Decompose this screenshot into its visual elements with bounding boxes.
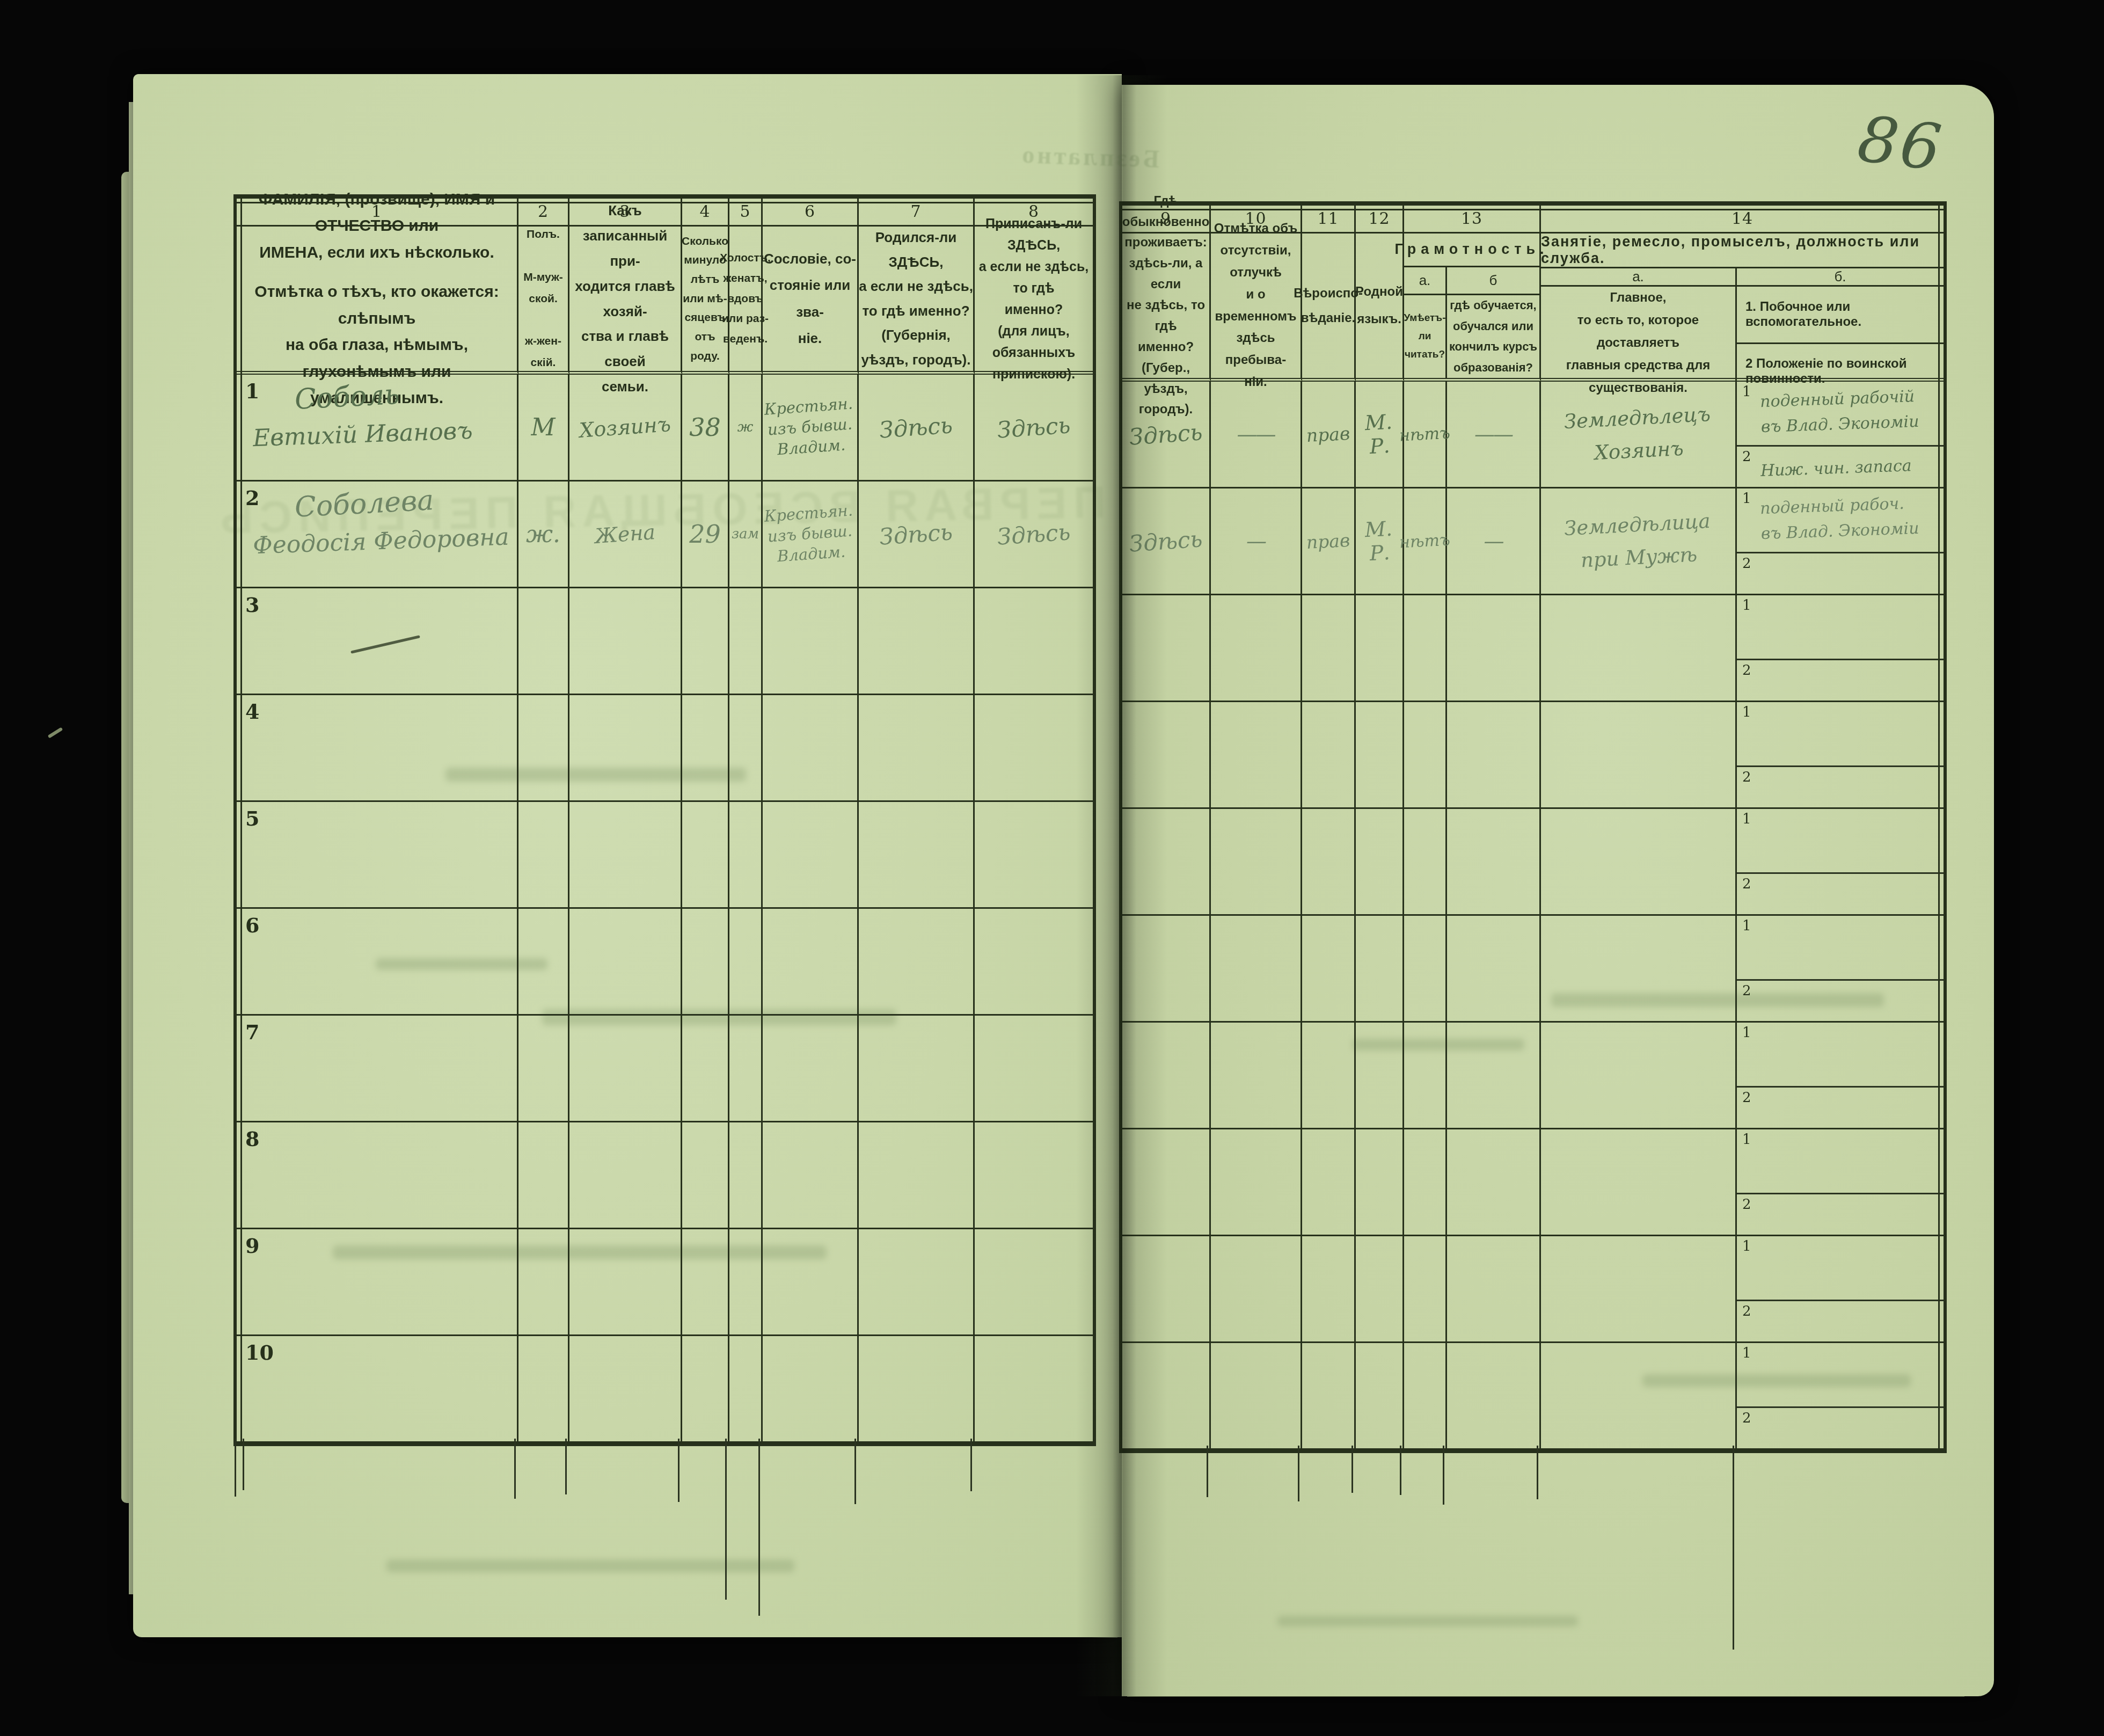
entry-marital: ж: [729, 375, 761, 480]
empty-cell: [729, 1336, 763, 1443]
empty-cell: [729, 802, 763, 909]
cell-marital: ж: [729, 375, 763, 482]
occupation-side-sub1: 1: [1737, 916, 1944, 981]
empty-cell: [1541, 916, 1737, 1023]
header-occupation-b-label: б.: [1737, 268, 1944, 285]
col-number: 6: [763, 199, 859, 227]
entry-marital: зам: [729, 482, 761, 587]
empty-cell: [1356, 702, 1404, 809]
occupation-side-sub1: 1: [1737, 809, 1944, 874]
empty-cell: [682, 1016, 729, 1122]
empty-cell: [569, 588, 682, 695]
entry-relation: Хозяинъ: [566, 371, 684, 484]
cell-occupation-side: 12: [1737, 595, 1944, 702]
empty-cell: [729, 1122, 763, 1229]
empty-cell: [975, 1336, 1093, 1443]
empty-cell: [763, 588, 859, 695]
rule-stub: [1207, 1446, 1208, 1497]
col-number: 13: [1404, 206, 1541, 234]
cell-age: 38: [682, 375, 729, 482]
entry-registered-here: Здѣсь: [971, 371, 1096, 484]
header-relation: Какъ записанный при- ходится главѣ хозяй…: [569, 227, 682, 375]
empty-cell: [1356, 916, 1404, 1023]
cell-name: 4: [237, 695, 518, 802]
empty-cell: [1404, 1343, 1447, 1450]
cell-occupation-main: Земледѣлица при Мужѣ: [1541, 488, 1737, 595]
header-occupation: Занятіе, ремесло, промыселъ, должность и…: [1541, 234, 1944, 382]
rule-stub: [1298, 1446, 1299, 1501]
empty-cell: [1122, 595, 1211, 702]
entry-resides: Здѣсь: [1119, 486, 1212, 597]
header-religion: Вѣроиспо- вѣданіе.: [1302, 234, 1356, 382]
empty-cell: [1541, 595, 1737, 702]
occupation-side-sub2: 2: [1737, 1408, 1944, 1448]
occupation-side-sub1: 1 поденный рабоч. въ Влад. Экономіи: [1737, 488, 1944, 553]
empty-cell: [1211, 1023, 1302, 1129]
cell-relation: Хозяинъ: [569, 375, 682, 482]
empty-cell: [1211, 1129, 1302, 1236]
entry-surname: Соболева: [294, 484, 435, 523]
cell-name: 6: [237, 909, 518, 1016]
entry-absence: ——: [1211, 382, 1301, 487]
empty-cell: [1447, 1023, 1541, 1129]
rule-stub: [678, 1439, 680, 1502]
empty-cell: [975, 695, 1093, 802]
cell-absence: ——: [1211, 382, 1302, 488]
header-literacy-title: Грамотность.: [1404, 234, 1539, 267]
empty-cell: [763, 1336, 859, 1443]
rule-stub: [758, 1439, 760, 1616]
empty-cell: [1302, 1129, 1356, 1236]
entry-religion: прав: [1299, 487, 1357, 595]
occupation-side-sub1: 1: [1737, 1023, 1944, 1088]
empty-cell: [975, 1016, 1093, 1122]
cell-occupation-side: 12: [1737, 809, 1944, 916]
sub-label-2: 2: [1742, 769, 1751, 785]
col-number: 11: [1302, 206, 1356, 234]
empty-cell: [859, 1336, 975, 1443]
cell-language: М. Р.: [1356, 488, 1404, 595]
empty-cell: [569, 802, 682, 909]
cell-occupation-side: 12: [1737, 916, 1944, 1023]
empty-cell: [518, 1229, 569, 1336]
col-number: 5: [729, 199, 763, 227]
sub-label-2: 2: [1742, 556, 1751, 572]
entry-language: М. Р.: [1353, 381, 1405, 488]
entry-age: 38: [682, 375, 728, 480]
row-number: 6: [245, 913, 259, 937]
page-number: 86: [1854, 101, 1947, 185]
entry-education: ——: [1447, 382, 1539, 487]
empty-cell: [1302, 809, 1356, 916]
empty-cell: [1404, 809, 1447, 916]
empty-cell: [1122, 1023, 1211, 1129]
header-absence: Отмѣтка объ отсутствіи, отлучкѣ и о врем…: [1211, 234, 1302, 382]
occupation-side-sub2: 2: [1737, 1088, 1944, 1128]
empty-cell: [1356, 1023, 1404, 1129]
cell-language: М. Р.: [1356, 382, 1404, 488]
cell-registered-here: Здѣсь: [975, 375, 1093, 482]
occupation-side-sub2: 2: [1737, 553, 1944, 594]
cell-marital: зам: [729, 482, 763, 588]
occupation-side-sub1: 1: [1737, 595, 1944, 660]
entry-relation: Жена: [566, 478, 684, 590]
cell-occupation-side: 1 поденный рабочій въ Влад. Экономіи 2 Н…: [1737, 382, 1944, 488]
sub-label-2: 2: [1742, 449, 1751, 465]
cell-name: 5: [237, 802, 518, 909]
cell-occupation-side: 12: [1737, 702, 1944, 809]
occupation-side-sub2: 2: [1737, 660, 1944, 701]
empty-cell: [1356, 1236, 1404, 1343]
rule-stub: [1733, 1446, 1734, 1650]
empty-cell: [1302, 1343, 1356, 1450]
cell-occupation-main: Земледѣлецъ Хозяинъ: [1541, 382, 1737, 488]
sub-label-2: 2: [1742, 1090, 1751, 1106]
empty-cell: [763, 1122, 859, 1229]
empty-cell: [518, 588, 569, 695]
entry-born-here: Здѣсь: [855, 371, 976, 484]
rule-stub: [243, 1439, 244, 1490]
empty-cell: [1404, 1023, 1447, 1129]
empty-cell: [569, 1016, 682, 1122]
sub-label-1: 1: [1742, 1025, 1751, 1041]
cell-name: 7: [237, 1016, 518, 1122]
cell-estate: Крестьян. изъ бывш. Владим.: [763, 482, 859, 588]
sub-label-1: 1: [1742, 597, 1751, 614]
entry-religion: прав: [1299, 381, 1357, 488]
col-number: 2: [518, 199, 569, 227]
entry-language: М. Р.: [1353, 487, 1405, 595]
empty-cell: [569, 1336, 682, 1443]
empty-cell: [569, 695, 682, 802]
empty-cell: [1541, 809, 1737, 916]
sub-label-2: 2: [1742, 662, 1751, 679]
empty-cell: [859, 909, 975, 1016]
empty-cell: [682, 695, 729, 802]
empty-cell: [1404, 702, 1447, 809]
header-occupation-a-label: а.: [1541, 268, 1737, 285]
entry-given-name: Евтихій Ивановъ: [252, 417, 473, 452]
row-number: 5: [245, 806, 259, 830]
empty-cell: [1356, 1129, 1404, 1236]
empty-cell: [1447, 595, 1541, 702]
cell-relation: Жена: [569, 482, 682, 588]
entry-military: Ниж. чин. запаса: [1760, 454, 1912, 484]
empty-cell: [1541, 1236, 1737, 1343]
empty-cell: [682, 1336, 729, 1443]
sub-label-1: 1: [1742, 1132, 1751, 1148]
empty-cell: [1211, 1343, 1302, 1450]
cell-education: ——: [1447, 382, 1541, 488]
sub-label-1: 1: [1742, 384, 1751, 400]
cell-born-here: Здѣсь: [859, 375, 975, 482]
cell-occupation-side: 12: [1737, 1343, 1944, 1450]
row-number: 4: [245, 699, 259, 724]
empty-cell: [1541, 1129, 1737, 1236]
row-number: 10: [245, 1340, 274, 1365]
empty-cell: [1302, 1236, 1356, 1343]
empty-cell: [1211, 595, 1302, 702]
rule-stub: [235, 1439, 236, 1497]
empty-cell: [729, 909, 763, 1016]
margin-tick-mark: [48, 727, 63, 739]
cell-born-here: Здѣсь: [859, 482, 975, 588]
header-name: ФАМИЛІЯ, (прозвище), ИМЯ и ОТЧЕСТВО или …: [237, 227, 518, 375]
cell-absence: —: [1211, 488, 1302, 595]
cell-name: 9: [237, 1229, 518, 1336]
empty-cell: [682, 1229, 729, 1336]
empty-cell: [859, 588, 975, 695]
entry-sex: ж.: [518, 482, 568, 587]
empty-cell: [1211, 702, 1302, 809]
bleedthrough-smudge: [386, 1559, 794, 1572]
cell-sex: М: [518, 375, 569, 482]
sub-label-1: 1: [1742, 704, 1751, 720]
sub-label-1: 1: [1742, 918, 1751, 934]
occupation-side-sub2: 2: [1737, 874, 1944, 914]
cell-literate: нѣтъ: [1404, 382, 1447, 488]
empty-cell: [859, 1122, 975, 1229]
cell-name: 2 Соболева Феодосія Федоровна: [237, 482, 518, 588]
empty-cell: [763, 1016, 859, 1122]
empty-cell: [763, 909, 859, 1016]
empty-cell: [975, 1122, 1093, 1229]
empty-cell: [682, 909, 729, 1016]
empty-cell: [1302, 916, 1356, 1023]
cell-sex: ж.: [518, 482, 569, 588]
col-number: 12: [1356, 206, 1404, 234]
empty-cell: [1447, 809, 1541, 916]
empty-cell: [1447, 1129, 1541, 1236]
empty-cell: [1122, 1129, 1211, 1236]
occupation-side-sub2: 2: [1737, 767, 1944, 807]
cell-education: —: [1447, 488, 1541, 595]
empty-cell: [1404, 1129, 1447, 1236]
rule-stub: [1443, 1446, 1444, 1505]
rule-stub: [970, 1439, 972, 1491]
rule-stub: [514, 1439, 516, 1499]
empty-cell: [569, 1229, 682, 1336]
sub-label-2: 2: [1742, 876, 1751, 892]
empty-cell: [1541, 702, 1737, 809]
sub-label-2: 2: [1742, 1197, 1751, 1213]
entry-occupation-side: поденный рабочій въ Влад. Экономіи: [1759, 384, 1919, 440]
occupation-side-sub1: 1: [1737, 1129, 1944, 1194]
photo-of-census-ledger: Безплатно ПЕРВАЯ ВСЕОБЩАЯ ПЕРЕПИСЬ 1 2 3…: [0, 0, 2104, 1736]
entry-surname: Соболь: [294, 378, 400, 416]
empty-cell: [1302, 595, 1356, 702]
empty-cell: [975, 1229, 1093, 1336]
empty-cell: [1447, 1343, 1541, 1450]
col-number: 7: [859, 199, 975, 227]
cell-resides: Здѣсь: [1122, 488, 1211, 595]
entry-registered-here: Здѣсь: [971, 478, 1096, 591]
empty-cell: [729, 1016, 763, 1122]
empty-cell: [1122, 916, 1211, 1023]
census-table-left: 1 2 3 4 5 6 7 8 ФАМИЛІЯ, (прозвище), ИМЯ…: [233, 194, 1096, 1446]
empty-cell: [1211, 1236, 1302, 1343]
header-estate: Сословіе, со- стояніе или зва- ніе.: [763, 227, 859, 375]
cell-religion: прав: [1302, 488, 1356, 595]
sub-label-2: 2: [1742, 1303, 1751, 1319]
rule-stub: [854, 1439, 856, 1504]
rule-stub: [1537, 1446, 1538, 1499]
cell-religion: прав: [1302, 382, 1356, 488]
cell-literate: нѣтъ: [1404, 488, 1447, 595]
entry-occupation-main: Земледѣлица при Мужѣ: [1538, 484, 1738, 599]
empty-cell: [1404, 916, 1447, 1023]
empty-cell: [518, 695, 569, 802]
cell-name: 10: [237, 1336, 518, 1443]
occupation-side-sub1: 1: [1737, 1343, 1944, 1408]
occupation-side-sub1: 1 поденный рабочій въ Влад. Экономіи: [1737, 382, 1944, 447]
rule-stub: [725, 1439, 727, 1600]
empty-cell: [1541, 1343, 1737, 1450]
sub-label-1: 1: [1742, 1345, 1751, 1361]
cell-name: 1 Соболь Евтихій Ивановъ: [237, 375, 518, 482]
header-literacy-a: Умѣетъ- ли читать?: [1404, 295, 1447, 378]
col-number: 14: [1541, 206, 1944, 234]
header-occupation-side-1: 1. Побочное или вспомогательное.: [1737, 287, 1944, 344]
entry-literate: нѣтъ: [1401, 487, 1448, 595]
header-marital: Холостъ, женатъ, вдовъ или раз- веденъ.: [729, 227, 763, 375]
cell-age: 29: [682, 482, 729, 588]
empty-cell: [859, 695, 975, 802]
empty-cell: [729, 588, 763, 695]
header-resides: Гдѣ обыкновенно проживаетъ: здѣсь-ли, а …: [1122, 234, 1211, 382]
header-occupation-title: Занятіе, ремесло, промыселъ, должность и…: [1541, 234, 1944, 268]
entry-age: 29: [682, 482, 728, 587]
entry-sex: М: [518, 375, 568, 480]
header-occupation-sublabels: а. б.: [1541, 268, 1944, 287]
empty-cell: [975, 588, 1093, 695]
empty-cell: [729, 1229, 763, 1336]
cell-name: 3: [237, 588, 518, 695]
header-literacy: Грамотность. а. б Умѣетъ- ли читать? гдѣ…: [1404, 234, 1541, 382]
header-name-line1: ФАМИЛІЯ, (прозвище), ИМЯ и ОТЧЕСТВО или …: [237, 186, 517, 266]
sub-label-1: 1: [1742, 811, 1751, 827]
empty-cell: [1447, 702, 1541, 809]
empty-cell: [1122, 809, 1211, 916]
empty-cell: [518, 1122, 569, 1229]
empty-cell: [763, 802, 859, 909]
header-registered-here: Приписанъ-ли ЗДѢСЬ, а если не здѣсь, то …: [975, 227, 1093, 375]
cell-occupation-side: 12: [1737, 1236, 1944, 1343]
empty-cell: [1447, 916, 1541, 1023]
empty-cell: [518, 909, 569, 1016]
empty-cell: [1541, 1023, 1737, 1129]
empty-cell: [1302, 702, 1356, 809]
entry-resides: Здѣсь: [1119, 379, 1212, 490]
empty-cell: [1404, 1236, 1447, 1343]
empty-cell: [518, 1336, 569, 1443]
entry-estate: Крестьян. изъ бывш. Владим.: [759, 371, 860, 483]
empty-cell: [682, 802, 729, 909]
sub-label-1: 1: [1742, 1238, 1751, 1254]
empty-cell: [975, 802, 1093, 909]
empty-cell: [1447, 1236, 1541, 1343]
row-number: 3: [245, 593, 259, 617]
occupation-side-sub2: 2: [1737, 1194, 1944, 1235]
entry-literate: нѣтъ: [1401, 381, 1448, 488]
entry-absence: —: [1211, 488, 1301, 594]
row-number: 9: [245, 1234, 259, 1258]
sub-label-1: 1: [1742, 491, 1751, 507]
rule-stub: [565, 1439, 567, 1494]
header-literacy-b: гдѣ обучается, обучался или кончилъ курс…: [1447, 295, 1539, 378]
cell-registered-here: Здѣсь: [975, 482, 1093, 588]
empty-cell: [859, 1229, 975, 1336]
empty-cell: [569, 1122, 682, 1229]
row-number: 8: [245, 1127, 259, 1151]
empty-cell: [518, 1016, 569, 1122]
header-sex: Полъ. М-муж- ской. ж-жен- скій.: [518, 227, 569, 375]
empty-cell: [1356, 1343, 1404, 1450]
header-literacy-b-label: б: [1447, 267, 1539, 294]
empty-cell: [682, 1122, 729, 1229]
empty-cell: [729, 695, 763, 802]
empty-cell: [763, 695, 859, 802]
rule-stub: [1400, 1446, 1401, 1495]
empty-cell: [1122, 702, 1211, 809]
rule-stub: [1351, 1446, 1353, 1493]
entry-occupation-main: Земледѣлецъ Хозяинъ: [1538, 377, 1738, 492]
cell-resides: Здѣсь: [1122, 382, 1211, 488]
entry-estate: Крестьян. изъ бывш. Владим.: [759, 478, 860, 590]
occupation-side-sub1: 1: [1737, 702, 1944, 767]
col-number: 4: [682, 199, 729, 227]
occupation-side-sub2: 2: [1737, 1301, 1944, 1341]
empty-cell: [1302, 1023, 1356, 1129]
cell-occupation-side: 12: [1737, 1023, 1944, 1129]
entry-occupation-side: поденный рабоч. въ Влад. Экономіи: [1759, 491, 1919, 546]
entry-education: —: [1447, 488, 1539, 594]
sub-label-2: 2: [1742, 983, 1751, 999]
header-literacy-sublabels: а. б: [1404, 267, 1539, 295]
empty-cell: [682, 588, 729, 695]
empty-cell: [975, 909, 1093, 1016]
row-number: 7: [245, 1020, 259, 1044]
cell-estate: Крестьян. изъ бывш. Владим.: [763, 375, 859, 482]
empty-cell: [569, 909, 682, 1016]
row-number: 2: [245, 486, 259, 510]
empty-cell: [1122, 1236, 1211, 1343]
empty-cell: [1356, 809, 1404, 916]
empty-cell: [763, 1229, 859, 1336]
empty-cell: [1122, 1343, 1211, 1450]
occupation-side-sub2: 2 Ниж. чин. запаса: [1737, 447, 1944, 487]
cell-occupation-side: 1 поденный рабоч. въ Влад. Экономіи 2: [1737, 488, 1944, 595]
empty-cell: [1404, 595, 1447, 702]
cell-name: 8: [237, 1122, 518, 1229]
occupation-side-sub1: 1: [1737, 1236, 1944, 1301]
header-literacy-a-label: а.: [1404, 267, 1447, 294]
empty-cell: [518, 802, 569, 909]
empty-cell: [1211, 916, 1302, 1023]
row-number: 1: [245, 379, 259, 403]
empty-cell: [1211, 809, 1302, 916]
cell-occupation-side: 12: [1737, 1129, 1944, 1236]
sub-label-2: 2: [1742, 1410, 1751, 1426]
bleedthrough-smudge: [1277, 1616, 1578, 1626]
header-born-here: Родился-ли ЗДѢСЬ, а если не здѣсь, то гд…: [859, 227, 975, 375]
empty-cell: [859, 802, 975, 909]
occupation-side-sub2: 2: [1737, 981, 1944, 1021]
empty-cell: [1356, 595, 1404, 702]
entry-given-name: Феодосія Федоровна: [252, 523, 509, 560]
empty-cell: [859, 1016, 975, 1122]
census-table-right: 9 10 11 12 13 14 Гдѣ обыкновенно прожива…: [1119, 201, 1947, 1453]
